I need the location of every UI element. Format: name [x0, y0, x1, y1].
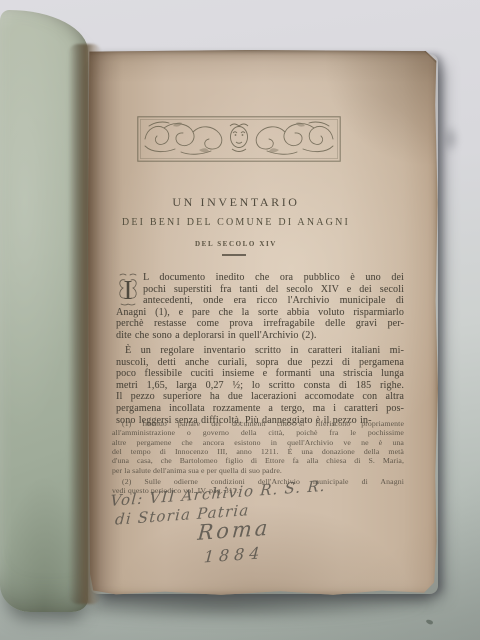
headpiece-ornament-icon — [137, 116, 341, 162]
book-page: UN INVENTARIO DEI BENI DEL COMUNE DI ANA… — [88, 50, 438, 596]
footnote-line: (1) Intendo parlare dei documenti che si… — [112, 419, 404, 428]
footnote-line: del tempo di Innocenzo III, anno 1211. È… — [112, 447, 404, 456]
handwritten-line: Roma — [197, 516, 271, 545]
body-line: Anagni (1), e pare che la sorte abbia vo… — [116, 307, 404, 319]
page-subtitle: DEI BENI DEL COMUNE DI ANAGNI — [96, 217, 376, 228]
body-line: nuscoli, detti anche curiali, sopra due … — [116, 357, 404, 369]
book-photo-scene: UN INVENTARIO DEI BENI DEL COMUNE DI ANA… — [0, 0, 480, 640]
body-line: antecedenti, onde era ricco l'Archivio m… — [116, 295, 404, 307]
footnote-line: altre pergamene che ancora esistono in q… — [112, 438, 404, 447]
body-line: poco flessibile cuciti insieme e formant… — [116, 368, 404, 380]
background-smudge — [440, 124, 460, 154]
handwritten-line: 1884 — [203, 543, 265, 566]
body-line: L documento inedito che ora pubblico è u… — [116, 272, 404, 284]
body-line: perchè restasse come prova irrefragabile… — [116, 318, 404, 330]
page-title: UN INVENTARIO — [96, 195, 376, 210]
body-line: È un regolare inventario scritto in cara… — [116, 345, 404, 357]
title-divider-rule — [222, 254, 246, 256]
body-line: pochi superstiti fra tanti del secolo XI… — [116, 284, 404, 296]
body-line: metri 1,65, larga 0,27 ½; lo scritto con… — [116, 380, 404, 392]
footnote-line: d'una casa, che Bartolomeo figlio di Ett… — [112, 456, 404, 465]
edition-line: DEL SECOLO XIV — [96, 240, 376, 248]
footnote-line: all'amministrazione o governo della citt… — [112, 428, 404, 437]
body-line: pergamena incollata rozzamente a tergo, … — [116, 403, 404, 415]
body-line: dite che sono a deplorarsi in quell'Arch… — [116, 330, 404, 342]
body-line: Il pezzo superiore ha due lacerazioni ac… — [116, 391, 404, 403]
